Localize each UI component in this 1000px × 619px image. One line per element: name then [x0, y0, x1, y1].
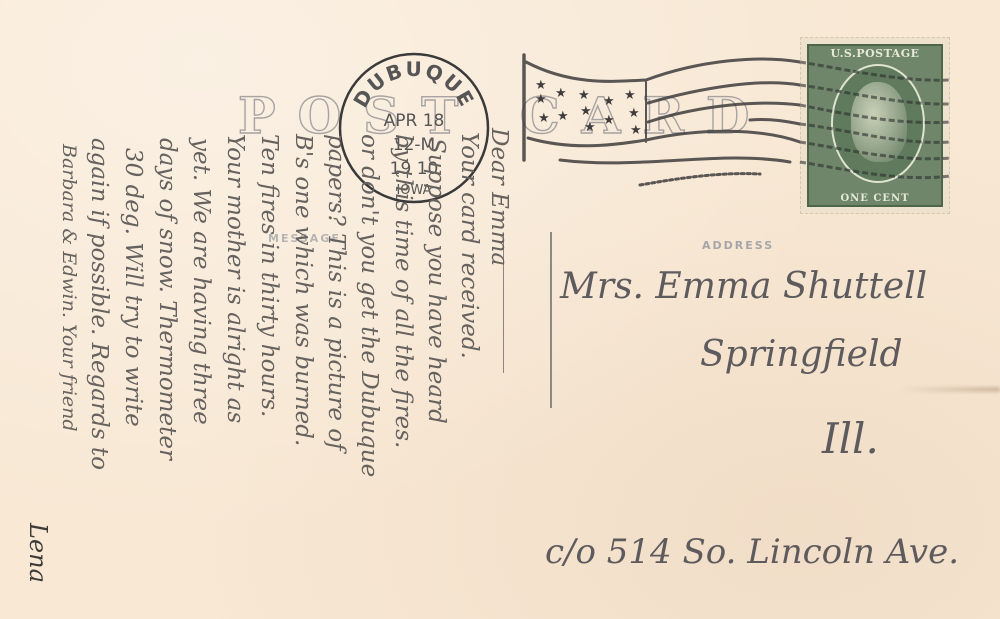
message-line: Your mother is alright as [222, 134, 248, 423]
message-line: Suppose you have heard [423, 138, 449, 424]
message-line: yet. We are having three [188, 138, 214, 425]
address-street: c/o 514 So. Lincoln Ave. [545, 532, 959, 572]
postmark-city: DUBUQUE [348, 57, 479, 112]
message-signature: Lena [24, 523, 52, 583]
message-line: again if possible. Regards to [86, 138, 112, 470]
message-line: B's one which was burned. [290, 134, 316, 446]
postcard-back: POST CARD MESSAGE ADDRESS ★ ★ ★ ★ ★ ★ ★ … [0, 0, 1000, 619]
message-line: Barbara & Edwin. Your friend [58, 144, 80, 431]
address-recipient: Mrs. Emma Shuttell [560, 266, 927, 307]
message-line: or don't you get the Dubuque [356, 134, 382, 477]
message-line: 30 deg. Will try to write [120, 148, 146, 427]
message-line: Dear Emma [486, 128, 512, 266]
message-line: Ten fires in thirty hours. [256, 134, 282, 417]
message-line: days of snow. Thermometer [154, 138, 180, 460]
message-line: Your card received. [456, 132, 482, 359]
message-line: by this time of all the fires. [390, 134, 416, 448]
message-line: papers? This is a picture of [323, 134, 349, 451]
address-city: Springfield [700, 334, 903, 375]
svg-text:DUBUQUE: DUBUQUE [348, 57, 479, 112]
handwritten-message: Dear Emma Your card received. Suppose yo… [0, 128, 512, 598]
address-state: Ill. [822, 414, 879, 463]
